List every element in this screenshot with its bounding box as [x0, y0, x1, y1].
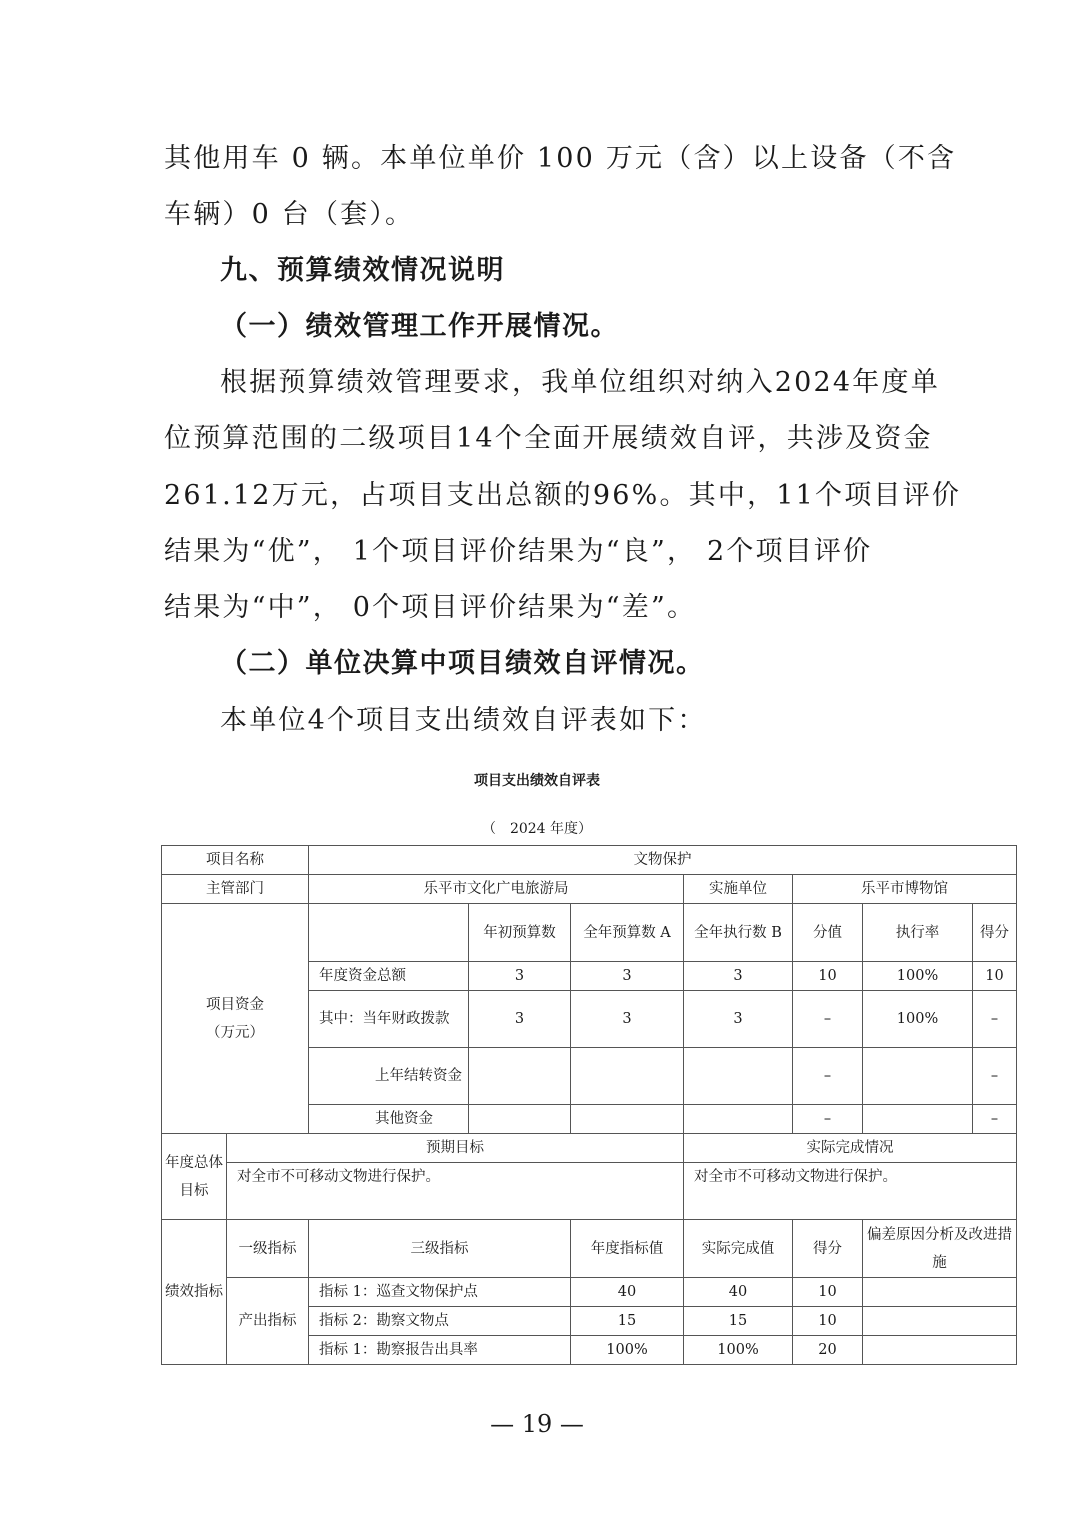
table-year: （ 2024 年度）	[0, 818, 1074, 838]
project-name-label: 项目名称	[162, 846, 309, 875]
performance-table: 项目名称 文物保护 主管部门 乐平市文化广电旅游局 实施单位 乐平市博物馆 项目…	[161, 845, 1017, 1365]
funds-header: 年初预算数	[469, 904, 571, 962]
paragraph-line: 其他用车 0 辆。本单位单价 100 万元（含）以上设备（不含	[164, 142, 956, 176]
dept-value: 乐平市文化广电旅游局	[309, 875, 684, 904]
document-page: 其他用车 0 辆。本单位单价 100 万元（含）以上设备（不含 车辆）0 台（套…	[0, 0, 1074, 1520]
paragraph-line: 结果为“中”， 0个项目评价结果为“差”。	[164, 591, 696, 625]
dept-label: 主管部门	[162, 875, 309, 904]
indicator-row: 产出指标 指标 1：巡查文物保护点 40 40 10	[162, 1278, 1017, 1307]
expected-goal-header: 预期目标	[227, 1134, 684, 1163]
table-title: 项目支出绩效自评表	[0, 770, 1074, 790]
section-heading: 九、预算绩效情况说明	[220, 254, 505, 288]
funds-header: 全年执行数 B	[684, 904, 793, 962]
expected-goal: 对全市不可移动文物进行保护。	[227, 1163, 684, 1220]
level1-output: 产出指标	[227, 1278, 309, 1365]
funds-header: 得分	[973, 904, 1017, 962]
perf-label: 绩效指标	[162, 1220, 227, 1365]
project-name-value: 文物保护	[309, 846, 1017, 875]
paragraph-line: 车辆）0 台（套）。	[164, 198, 414, 232]
page-number: — 19 —	[0, 1410, 1074, 1438]
goal-label: 年度总体目标	[162, 1134, 227, 1220]
paragraph-line: 根据预算绩效管理要求，我单位组织对纳入2024年度单	[220, 366, 940, 400]
paragraph-line: 261.12万元，占项目支出总额的96%。其中，11个项目评价	[164, 479, 961, 513]
paragraph-line: 结果为“优”， 1个项目评价结果为“良”， 2个项目评价	[164, 535, 872, 569]
funds-header: 全年预算数 A	[571, 904, 684, 962]
actual-header: 实际完成值	[684, 1220, 793, 1278]
paragraph-line: 本单位4个项目支出绩效自评表如下：	[220, 704, 707, 738]
level1-header: 一级指标	[227, 1220, 309, 1278]
actual-result-header: 实际完成情况	[684, 1134, 1017, 1163]
actual-result: 对全市不可移动文物进行保护。	[684, 1163, 1017, 1220]
subsection-heading: （二）单位决算中项目绩效自评情况。	[220, 647, 705, 681]
target-header: 年度指标值	[571, 1220, 684, 1278]
impl-unit-label: 实施单位	[684, 875, 793, 904]
level3-header: 三级指标	[309, 1220, 571, 1278]
deviation-header: 偏差原因分析及改进措施	[863, 1220, 1017, 1278]
funds-label: 项目资金 （万元）	[162, 904, 309, 1134]
subsection-heading: （一）绩效管理工作开展情况。	[220, 310, 619, 344]
funds-header: 执行率	[863, 904, 973, 962]
funds-header-blank	[309, 904, 469, 962]
paragraph-line: 位预算范围的二级项目14个全面开展绩效自评，共涉及资金	[164, 422, 933, 456]
funds-header: 分值	[793, 904, 863, 962]
impl-unit-value: 乐平市博物馆	[793, 875, 1017, 904]
score-header: 得分	[793, 1220, 863, 1278]
